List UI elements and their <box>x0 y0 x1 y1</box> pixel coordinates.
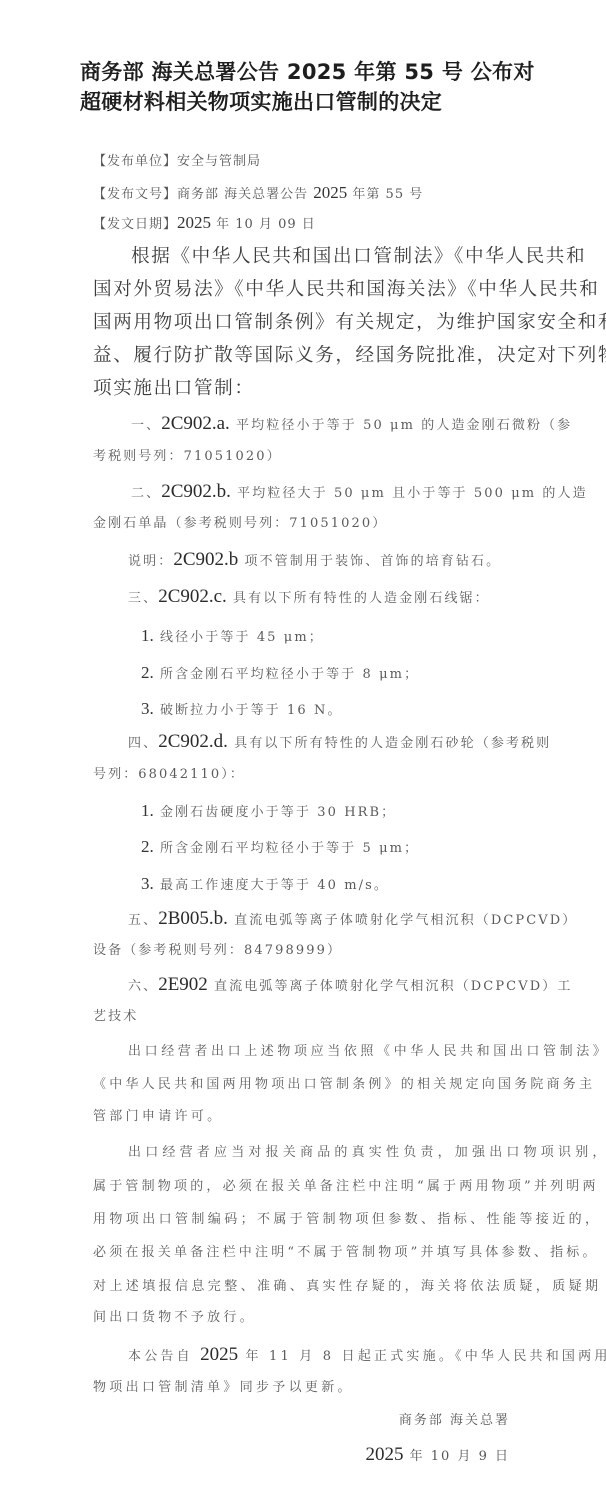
signature-date-rest: 年 10 月 9 日 <box>404 1449 510 1464</box>
item-code: 2E902 <box>158 974 208 995</box>
sub-number: 3. <box>141 699 154 718</box>
item-2c902d-cont: 号列：68042110）： <box>93 764 245 786</box>
item-text: 平均粒径小于等于 50 μm 的人造金刚石微粉（参 <box>230 418 572 433</box>
meta-date-rest: 年 10 月 09 日 <box>211 217 316 232</box>
item-code: 2C902.a. <box>161 413 230 434</box>
item-2c902b-cont: 金刚石单晶（参考税则号列：71051020） <box>93 513 387 535</box>
item-text: 平均粒径大于 50 μm 且小于等于 500 μm 的人造 <box>231 486 588 501</box>
item-prefix: 三、 <box>128 591 158 606</box>
signature-date-year: 2025 <box>366 1444 404 1465</box>
declaration-paragraph-line: 属于管制物项的，必须在报关单备注栏中注明“属于两用物项”并列明两 <box>93 1176 599 1198</box>
meta-doc-number-year: 2025 <box>313 183 347 202</box>
meta-publisher: 【发布单位】安全与管制局 <box>93 152 261 172</box>
item-text: 具有以下所有特性的人造金刚石线锯： <box>227 591 490 606</box>
item-prefix: 六、 <box>128 979 158 994</box>
sub-text: 最高工作速度大于等于 40 m/s。 <box>154 878 389 893</box>
sub-text: 所含金刚石平均粒径小于等于 8 μm； <box>154 667 419 682</box>
license-paragraph-line: 出口经营者出口上述物项应当依照《中华人民共和国出口管制法》 <box>128 1041 606 1063</box>
sub-number: 1. <box>141 801 154 820</box>
declaration-paragraph-line: 出口经营者应当对报关商品的真实性负责，加强出口物项识别， <box>128 1142 606 1164</box>
item-text: 直流电弧等离子体喷射化学气相沉积（DCPCVD）工 <box>208 979 573 994</box>
item-2c902c-sub-3: 3. 破断拉力小于等于 16 N。 <box>141 698 343 722</box>
intro-line: 根据《中华人民共和国出口管制法》《中华人民共和 <box>131 245 586 269</box>
declaration-paragraph-line: 必须在报关单备注栏中注明“不属于管制物项”并填写具体参数、指标。 <box>93 1242 599 1264</box>
item-2c902b: 二、2C902.b. 平均粒径大于 50 μm 且小于等于 500 μm 的人造 <box>131 481 588 505</box>
meta-date-year: 2025 <box>177 213 211 232</box>
license-paragraph-line: 《中华人民共和国两用物项出口管制条例》的相关规定向国务院商务主 <box>93 1074 595 1096</box>
declaration-paragraph-line: 对上述填报信息完整、准确、真实性存疑的，海关将依法质疑，质疑期 <box>93 1276 601 1298</box>
item-2c902d: 四、2C902.d. 具有以下所有特性的人造金刚石砂轮（参考税则 <box>128 731 551 755</box>
item-code: 2C902.b. <box>161 481 231 502</box>
document-title-line-1: 商务部 海关总署公告 2025 年第 55 号 公布对 <box>80 57 535 87</box>
item-code: 2C902.d. <box>158 731 228 752</box>
item-code: 2B005.b. <box>158 908 228 929</box>
item-prefix: 五、 <box>128 913 158 928</box>
meta-doc-number-label: 【发布文号】 <box>93 187 177 202</box>
sub-text: 金刚石齿硬度小于等于 30 HRB； <box>154 805 397 820</box>
sub-text: 线径小于等于 45 μm； <box>154 630 324 645</box>
license-paragraph-line: 管部门申请许可。 <box>93 1106 223 1128</box>
item-2c902c-sub-2: 2. 所含金刚石平均粒径小于等于 8 μm； <box>141 662 419 686</box>
item-2c902d-sub-1: 1. 金刚石齿硬度小于等于 30 HRB； <box>141 800 396 824</box>
item-2c902a: 一、2C902.a. 平均粒径小于等于 50 μm 的人造金刚石微粉（参 <box>131 413 572 437</box>
intro-line: 国对外贸易法》《中华人民共和国海关法》《中华人民共和 <box>93 278 599 302</box>
intro-line: 国两用物项出口管制条例》有关规定，为维护国家安全和利 <box>93 311 606 335</box>
item-note: 说明：2C902.b 项不管制用于装饰、首饰的培育钻石。 <box>128 549 501 573</box>
sub-number: 2. <box>141 837 154 856</box>
item-2c902d-sub-3: 3. 最高工作速度大于等于 40 m/s。 <box>141 873 389 897</box>
meta-publisher-value: 安全与管制局 <box>177 154 261 169</box>
item-text: 具有以下所有特性的人造金刚石砂轮（参考税则 <box>228 736 551 751</box>
declaration-paragraph-line: 用物项出口管制编码；不属于管制物项但参数、指标、性能等接近的， <box>93 1209 601 1231</box>
meta-doc-number-value: 商务部 海关总署公告 <box>177 187 313 202</box>
sub-text: 破断拉力小于等于 16 N。 <box>154 703 343 718</box>
effective-year: 2025 <box>200 1344 238 1365</box>
meta-doc-number: 【发布文号】商务部 海关总署公告 2025 年第 55 号 <box>93 183 423 205</box>
signature-org: 商务部 海关总署 <box>399 1410 510 1432</box>
sub-number: 3. <box>141 874 154 893</box>
item-2b005b-cont: 设备（参考税则号列：84798999） <box>93 940 342 962</box>
document-title-line-2: 超硬材料相关物项实施出口管制的决定 <box>80 87 442 117</box>
item-2b005b: 五、2B005.b. 直流电弧等离子体喷射化学气相沉积（DCPCVD） <box>128 908 577 932</box>
meta-date: 【发文日期】2025 年 10 月 09 日 <box>93 213 316 235</box>
meta-publisher-label: 【发布单位】 <box>93 154 177 169</box>
note-text: 项不管制用于装饰、首饰的培育钻石。 <box>238 554 501 569</box>
effective-paragraph-line: 物项出口管制清单》同步予以更新。 <box>93 1377 354 1399</box>
item-2e902-cont: 艺技术 <box>93 1006 138 1028</box>
item-prefix: 四、 <box>128 736 158 751</box>
item-2c902d-sub-2: 2. 所含金刚石平均粒径小于等于 5 μm； <box>141 836 419 860</box>
effective-paragraph-line: 本公告自 2025 年 11 月 8 日起正式实施。《中华人民共和国两用 <box>128 1344 606 1368</box>
item-2c902c-sub-1: 1. 线径小于等于 45 μm； <box>141 625 324 649</box>
item-2e902: 六、2E902 直流电弧等离子体喷射化学气相沉积（DCPCVD）工 <box>128 974 572 998</box>
sub-number: 2. <box>141 663 154 682</box>
declaration-paragraph-line: 间出口货物不予放行。 <box>93 1307 256 1329</box>
meta-date-label: 【发文日期】 <box>93 217 177 232</box>
item-text: 直流电弧等离子体喷射化学气相沉积（DCPCVD） <box>228 913 578 928</box>
intro-line: 益、履行防扩散等国际义务，经国务院批准，决定对下列物 <box>93 344 606 368</box>
meta-doc-number-suffix: 年第 55 号 <box>347 187 423 202</box>
effective-text: 年 11 月 8 日起正式实施。《中华人民共和国两用 <box>238 1349 606 1364</box>
item-prefix: 一、 <box>131 418 161 433</box>
item-prefix: 二、 <box>131 486 161 501</box>
note-prefix: 说明： <box>128 554 173 569</box>
sub-number: 1. <box>141 626 154 645</box>
signature-date: 2025 年 10 月 9 日 <box>366 1444 510 1468</box>
effective-text: 本公告自 <box>128 1349 200 1364</box>
item-2c902a-cont: 考税则号列：71051020） <box>93 446 282 468</box>
intro-line: 项实施出口管制： <box>93 377 255 401</box>
item-2c902c: 三、2C902.c. 具有以下所有特性的人造金刚石线锯： <box>128 586 490 610</box>
sub-text: 所含金刚石平均粒径小于等于 5 μm； <box>154 841 419 856</box>
item-code: 2C902.c. <box>158 586 227 607</box>
note-code: 2C902.b <box>173 549 238 570</box>
